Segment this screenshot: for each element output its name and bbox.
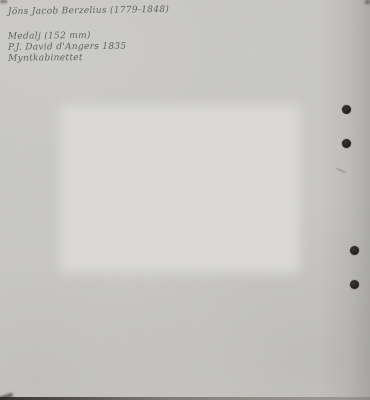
punch-hole <box>342 105 351 114</box>
handwritten-annotations: Jöns Jacob Berzelius (1779-1848) Medalj … <box>8 6 169 64</box>
punch-hole <box>350 280 359 289</box>
annotation-group: Medalj (152 mm) P.J. David d'Angers 1835… <box>8 30 169 64</box>
annotation-title: Jöns Jacob Berzelius (1779-1848) <box>8 5 169 18</box>
punch-hole <box>342 139 351 148</box>
corner-smudge-top-right <box>365 0 370 4</box>
scratch-mark <box>336 168 345 173</box>
scanned-archive-card: Jöns Jacob Berzelius (1779-1848) Medalj … <box>0 0 370 400</box>
photo-mount-area <box>60 105 300 273</box>
punch-hole <box>350 246 359 255</box>
annotation-collection-line: Myntkabinettet <box>8 52 169 64</box>
corner-smudge-top-left <box>0 0 7 3</box>
